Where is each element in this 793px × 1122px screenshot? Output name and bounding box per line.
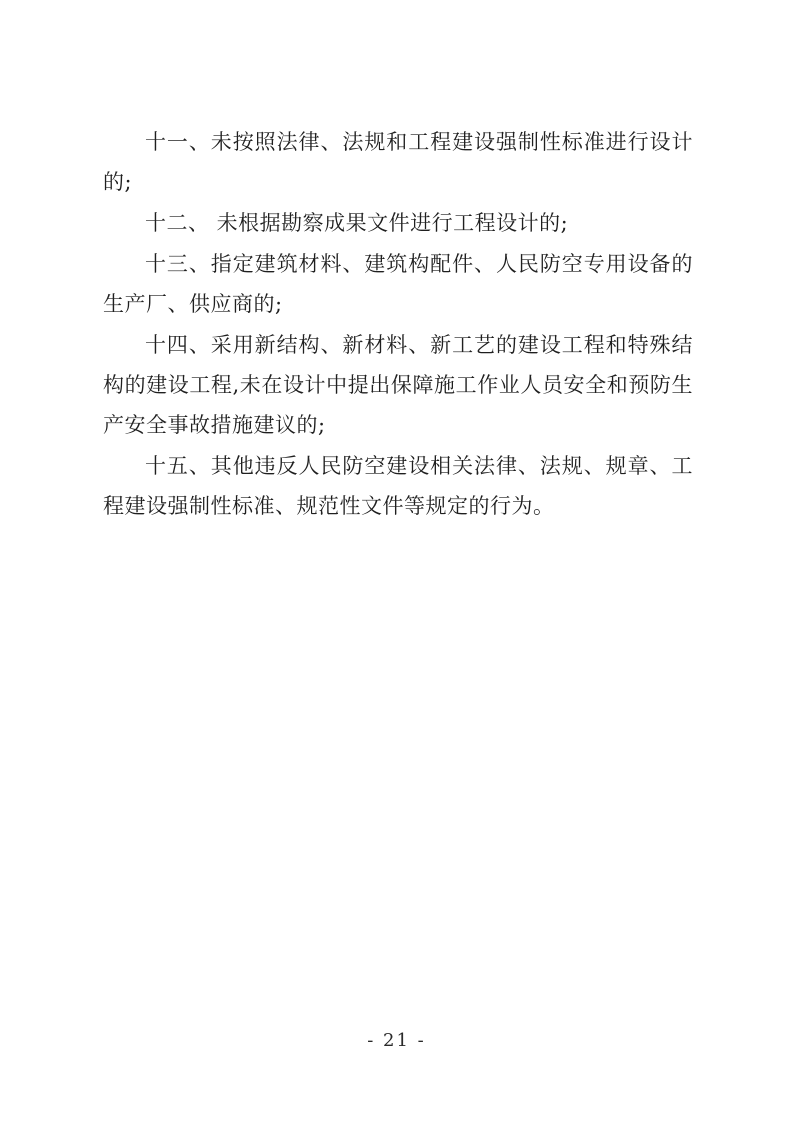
paragraph-item-13: 十三、指定建筑材料、建筑构配件、人民防空专用设备的生产厂、供应商的;: [103, 244, 693, 324]
paragraph-item-15: 十五、其他违反人民防空建设相关法律、法规、规章、工程建设强制性标准、规范性文件等…: [103, 446, 693, 526]
paragraph-item-14: 十四、采用新结构、新材料、新工艺的建设工程和特殊结构的建设工程,未在设计中提出保…: [103, 325, 693, 445]
page-footer: - 21 -: [0, 1030, 793, 1051]
paragraph-item-11: 十一、未按照法律、法规和工程建设强制性标准进行设计的;: [103, 122, 693, 202]
body-text-block: 十一、未按照法律、法规和工程建设强制性标准进行设计的; 十二、 未根据勘察成果文…: [103, 122, 693, 527]
page-number: - 21 -: [367, 1030, 426, 1051]
paragraph-item-12: 十二、 未根据勘察成果文件进行工程设计的;: [103, 203, 693, 243]
document-page: 十一、未按照法律、法规和工程建设强制性标准进行设计的; 十二、 未根据勘察成果文…: [0, 0, 793, 1122]
